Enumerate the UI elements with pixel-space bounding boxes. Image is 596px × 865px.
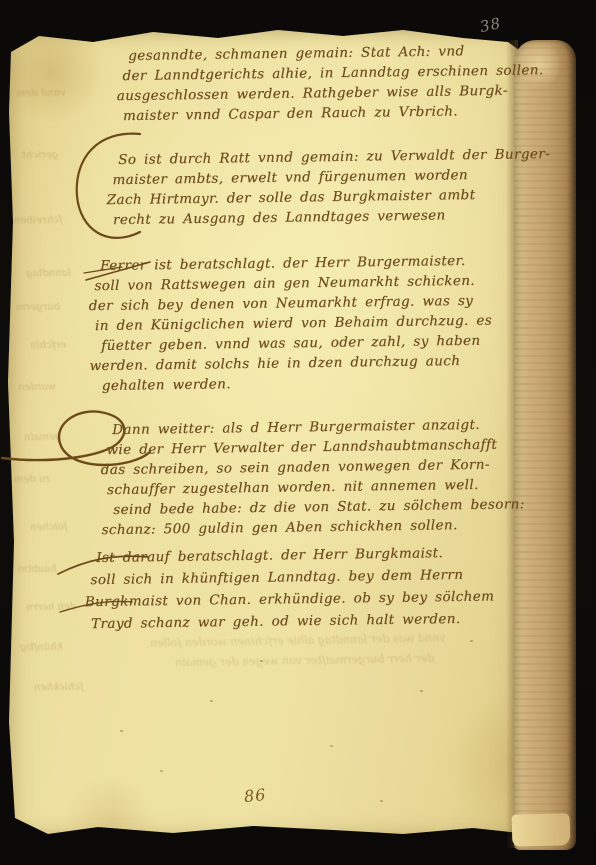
bleedthrough-text: vnnd dem xyxy=(16,88,66,100)
foxing-speck xyxy=(470,640,473,642)
bleedthrough-text: den herrn xyxy=(26,602,76,614)
bleedthrough-text: zu dem xyxy=(14,474,51,486)
bleedthrough-text: lanndtag xyxy=(26,268,71,280)
paragraph-3: Ferrer ist beratschlagt. der Herr Burger… xyxy=(100,251,493,396)
bleedthrough-text: ſchreiben xyxy=(14,215,63,227)
bleedthrough-text: gemain xyxy=(24,432,62,444)
foxing-speck xyxy=(210,700,213,702)
foxing-speck xyxy=(120,730,123,732)
paragraph-2: So ist durch Ratt vnnd gemain: zu Verwal… xyxy=(118,144,551,230)
bleedthrough-text: ſolchen xyxy=(30,522,68,534)
bleedthrough-text: haubtm xyxy=(18,564,57,576)
bleedthrough-text: burgerm xyxy=(16,302,60,314)
bleedthrough-text: gericht xyxy=(22,150,59,162)
folio-number: 38 xyxy=(478,14,502,36)
foxing-speck xyxy=(330,745,333,747)
foxing-speck xyxy=(420,690,423,692)
bleedthrough-text: ſchickhen xyxy=(34,682,84,694)
paragraph-5: Ist darauf beratschlagt. der Herr Burgkm… xyxy=(96,541,495,635)
bleedthrough-text: worden xyxy=(18,382,56,394)
page-number: 86 xyxy=(243,785,267,806)
book-fore-edge-corner xyxy=(512,813,571,847)
foxing-speck xyxy=(260,660,263,662)
foxing-speck xyxy=(160,770,163,772)
foxing-speck xyxy=(380,800,383,802)
bleedthrough-text: khünftig xyxy=(20,642,63,654)
paragraph-4: Dann weitter: als d Herr Burgermaister a… xyxy=(112,414,525,540)
bleedthrough-text: erſchin xyxy=(30,340,66,352)
paragraph-1: gesanndte, schmanen gemain: Stat Ach: vn… xyxy=(128,40,544,126)
manuscript-photo: vnnd dem gericht ſchreiben lanndtag burg… xyxy=(0,0,596,865)
